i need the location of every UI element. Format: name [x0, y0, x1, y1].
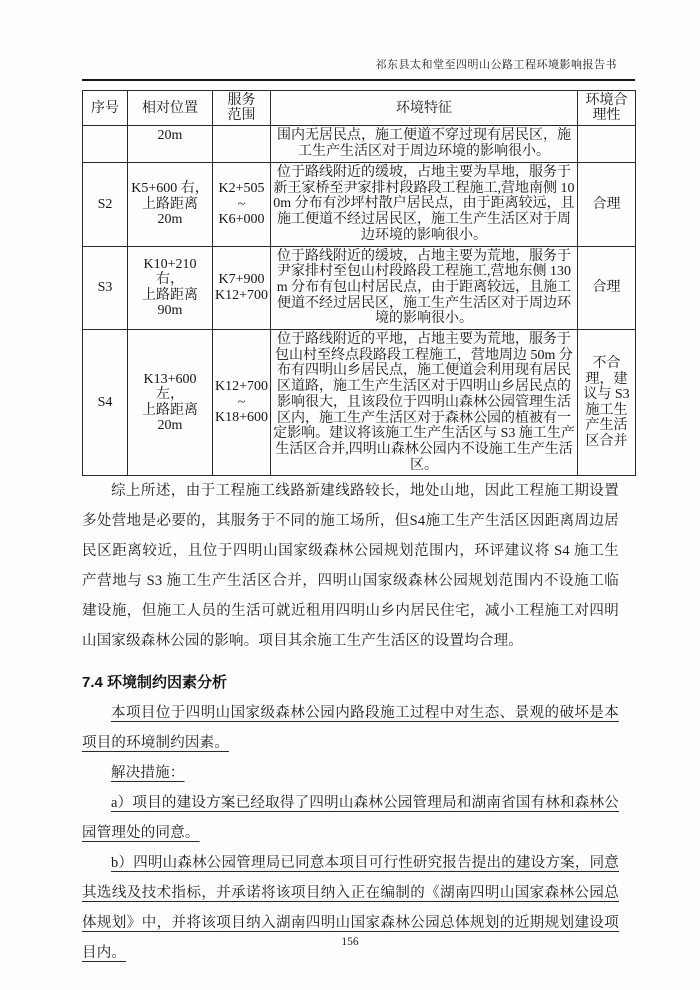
measures-label: 解决措施： [82, 758, 619, 788]
col-header-index: 序号 [83, 91, 128, 126]
table-row: S2 K5+600 右， 上路距离 20m K2+505~ K6+000 位于路… [83, 163, 636, 247]
measure-a-paragraph: a）项目的建设方案已经取得了四明山森林公园管理局和湖南省国有林和森林公园管理处的… [82, 788, 619, 848]
col-header-position: 相对位置 [128, 91, 213, 126]
cell-index: S4 [83, 330, 128, 476]
camps-table: 序号 相对位置 服务 范围 环境特征 环境合 理性 20m 围内无居民点，施工便… [82, 90, 636, 476]
cell-features: 围内无居民点，施工便道不穿过现有居民区，施工生产生活区对于周边环境的影响很小。 [271, 126, 578, 163]
col-header-rationality: 环境合 理性 [578, 91, 636, 126]
cell-index: S2 [83, 163, 128, 247]
cell-position: K13+600 左， 上路距离 20m [128, 330, 213, 476]
cell-position: K5+600 右， 上路距离 20m [128, 163, 213, 247]
table-header-row: 序号 相对位置 服务 范围 环境特征 环境合 理性 [83, 91, 636, 126]
cell-index [83, 126, 128, 163]
summary-paragraph: 综上所述，由于工程施工线路新建线路较长，地处山地，因此工程施工期设置多处营地是必… [82, 476, 619, 656]
report-header-title: 祁东县太和堂至四明山公路工程环境影响报告书 [376, 59, 618, 71]
cell-rationality: 不合理，建议与 S3 施工生产生活区合并 [578, 330, 636, 476]
cell-position: 20m [128, 126, 213, 163]
cell-rationality: 合理 [578, 163, 636, 247]
page-number: 156 [0, 936, 700, 948]
cell-scope: K7+900 K12+700 [213, 246, 271, 330]
table-row: S3 K10+210 右， 上路距离 90m K7+900 K12+700 位于… [83, 246, 636, 330]
col-header-features: 环境特征 [271, 91, 578, 126]
report-header: 祁东县太和堂至四明山公路工程环境影响报告书 [82, 0, 635, 81]
cell-scope [213, 126, 271, 163]
cell-position: K10+210 右， 上路距离 90m [128, 246, 213, 330]
cell-features: 位于路线附近的平地，占地主要为荒地，服务于包山村至终点段路段工程施工，营地周边 … [271, 330, 578, 476]
cell-index: S3 [83, 246, 128, 330]
cell-rationality [578, 126, 636, 163]
cell-features: 位于路线附近的缓坡，占地主要为荒地，服务于尹家排村至包山村段路段工程施工,营地东… [271, 246, 578, 330]
table-row: S4 K13+600 左， 上路距离 20m K12+700~ K18+600 … [83, 330, 636, 476]
constraint-paragraph: 本项目位于四明山国家级森林公园内路段施工过程中对生态、景观的破坏是本项目的环境制… [82, 698, 619, 758]
cell-scope: K2+505~ K6+000 [213, 163, 271, 247]
cell-scope: K12+700~ K18+600 [213, 330, 271, 476]
document-page: 祁东县太和堂至四明山公路工程环境影响报告书 序号 相对位置 服务 范围 环境特征… [0, 0, 700, 990]
cell-rationality: 合理 [578, 246, 636, 330]
measure-b-paragraph: b）四明山森林公园管理局已同意本项目可行性研究报告提出的建设方案，同意其选线及技… [82, 848, 619, 968]
table-row: 20m 围内无居民点，施工便道不穿过现有居民区，施工生产生活区对于周边环境的影响… [83, 126, 636, 163]
section-heading: 7.4 环境制约因素分析 [82, 668, 619, 698]
col-header-scope: 服务 范围 [213, 91, 271, 126]
cell-features: 位于路线附近的缓坡，占地主要为旱地，服务于新王家桥至尹家排村段路段工程施工,营地… [271, 163, 578, 247]
